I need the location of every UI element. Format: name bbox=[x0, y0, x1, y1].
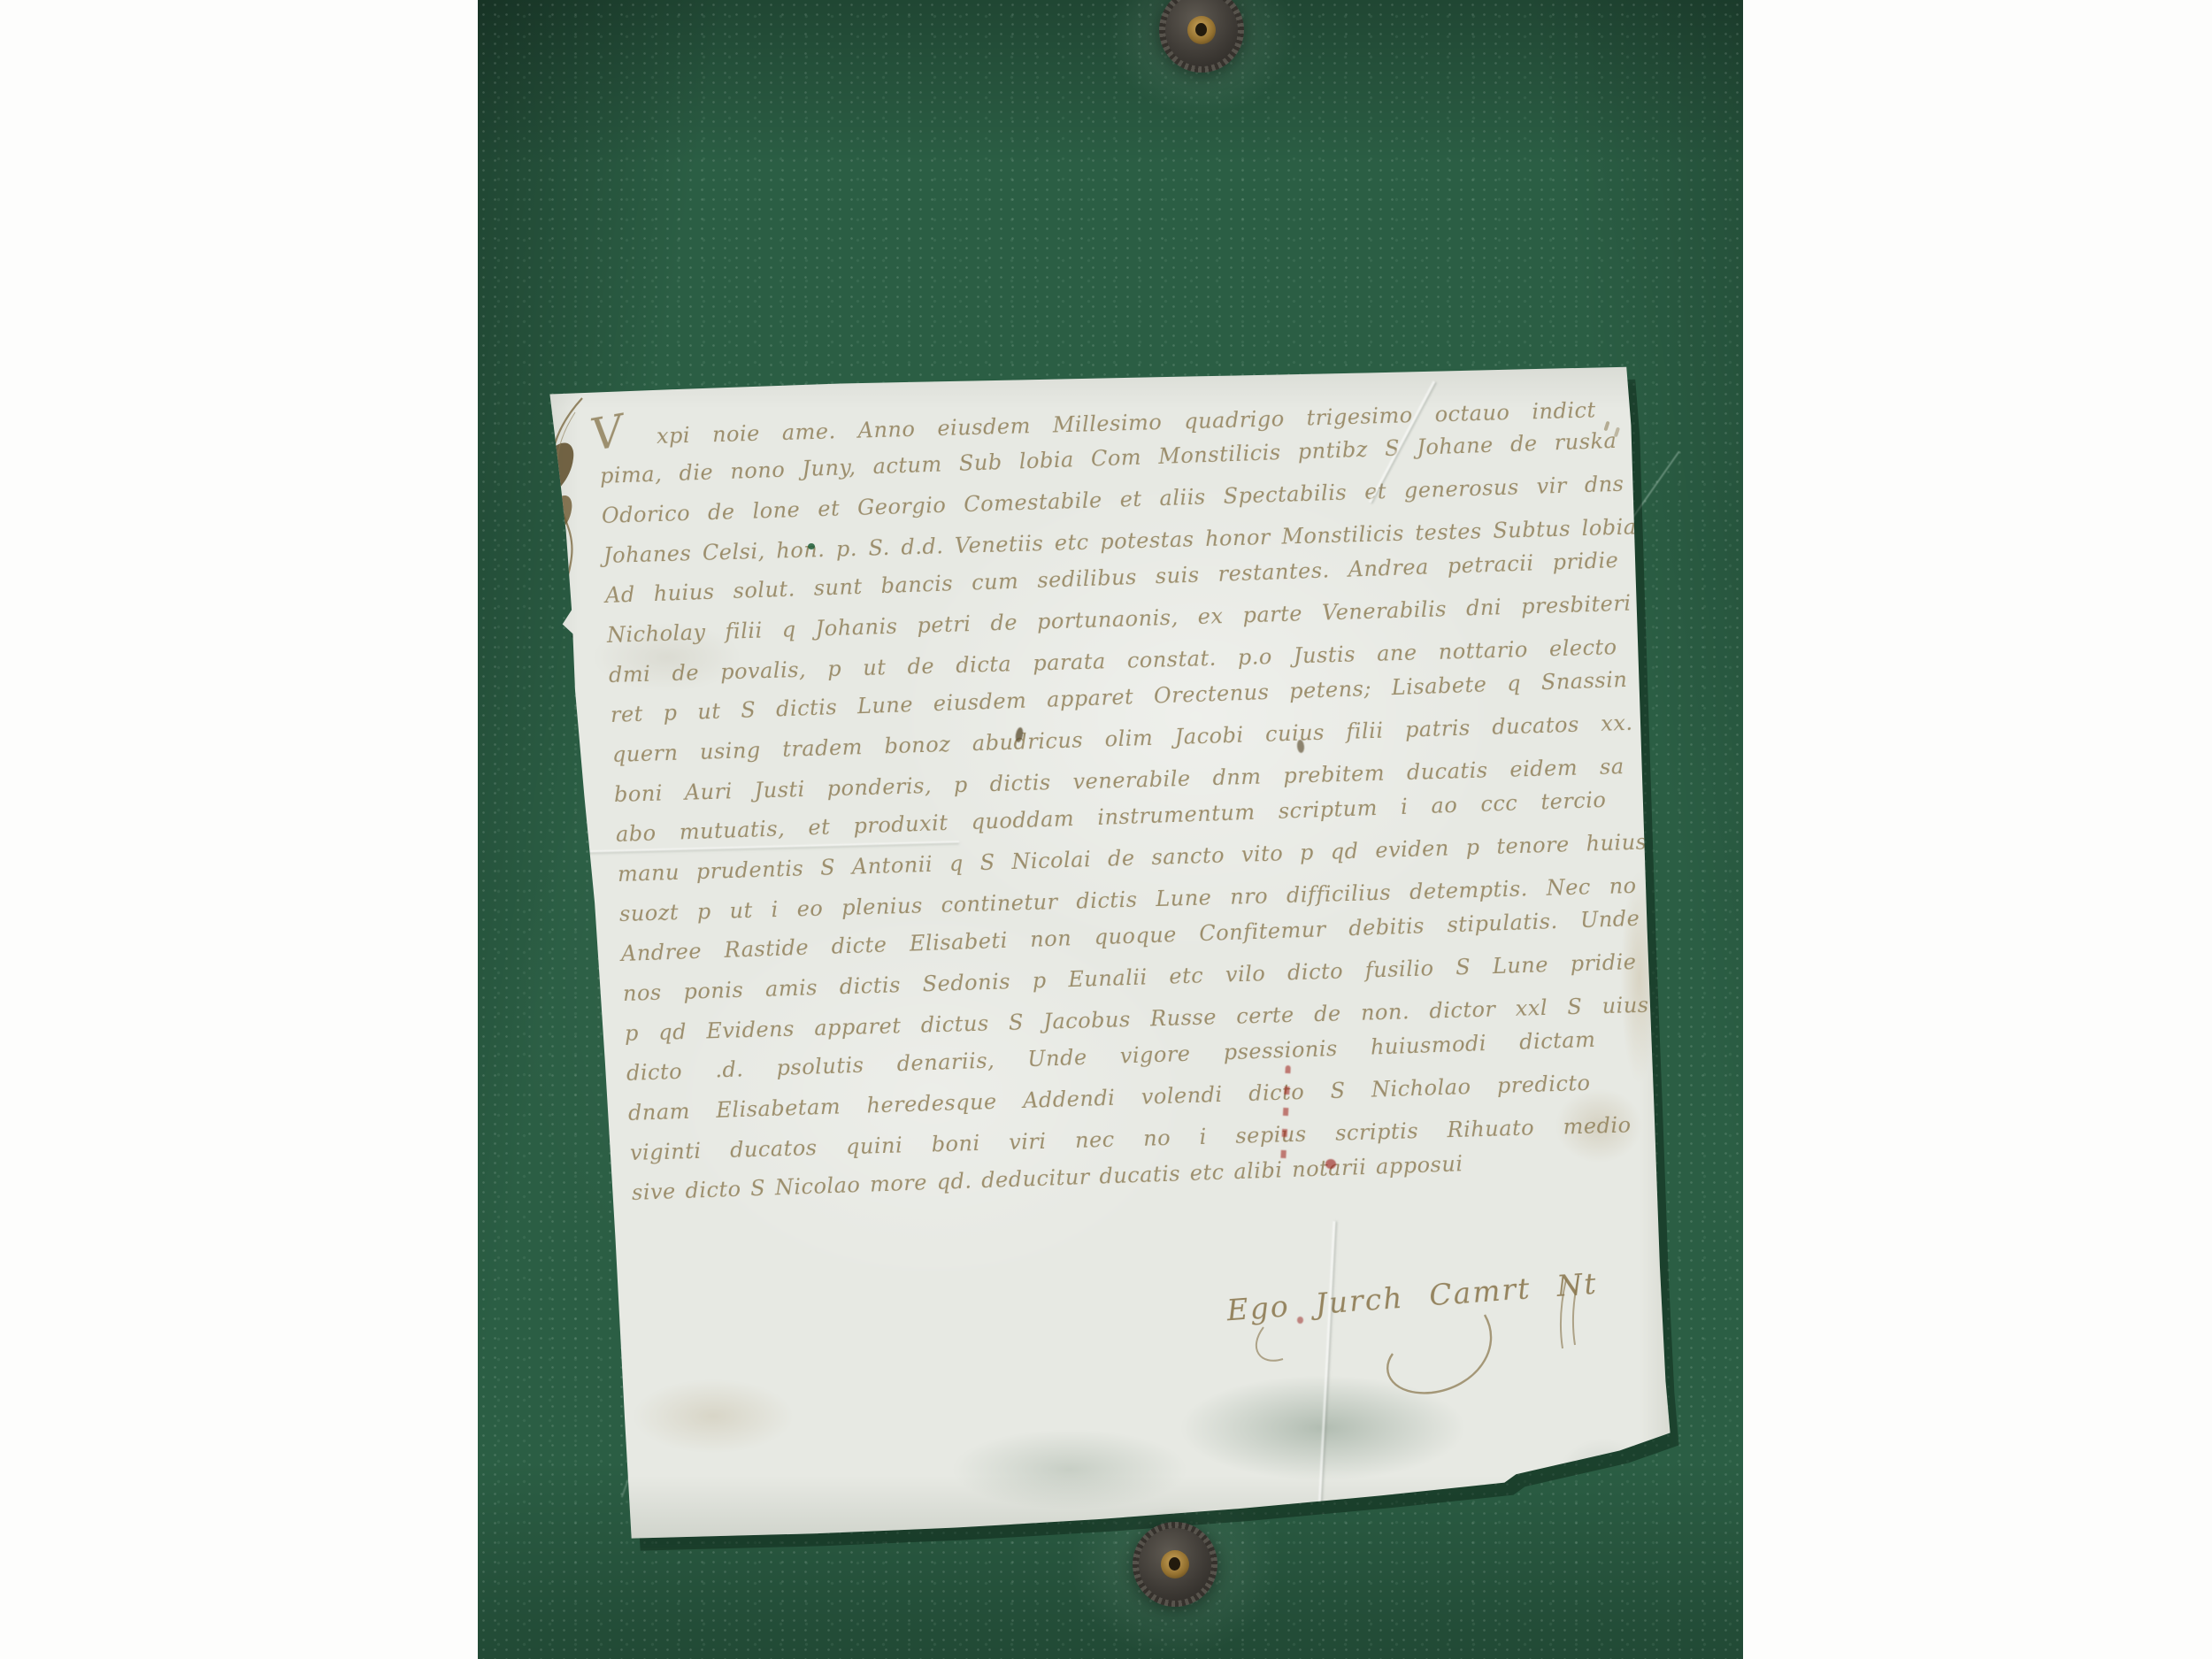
pen-flourish bbox=[536, 393, 598, 649]
photograph: V xpi noie ame. Anno eiusdem Millesimo q… bbox=[0, 0, 2212, 1659]
parchment-document: V xpi noie ame. Anno eiusdem Millesimo q… bbox=[529, 361, 1679, 1547]
green-felt-board: V xpi noie ame. Anno eiusdem Millesimo q… bbox=[478, 0, 1743, 1659]
red-ink-dot bbox=[1325, 1159, 1336, 1169]
grommet-hole bbox=[1161, 1550, 1189, 1578]
green-speck bbox=[808, 543, 815, 549]
grommet-hole bbox=[1187, 16, 1216, 44]
top-grommet-fastener bbox=[1159, 0, 1244, 73]
signature-flourish bbox=[1210, 1263, 1635, 1440]
bottom-grommet-fastener bbox=[1133, 1522, 1217, 1607]
red-ink-speck bbox=[1297, 1317, 1303, 1324]
